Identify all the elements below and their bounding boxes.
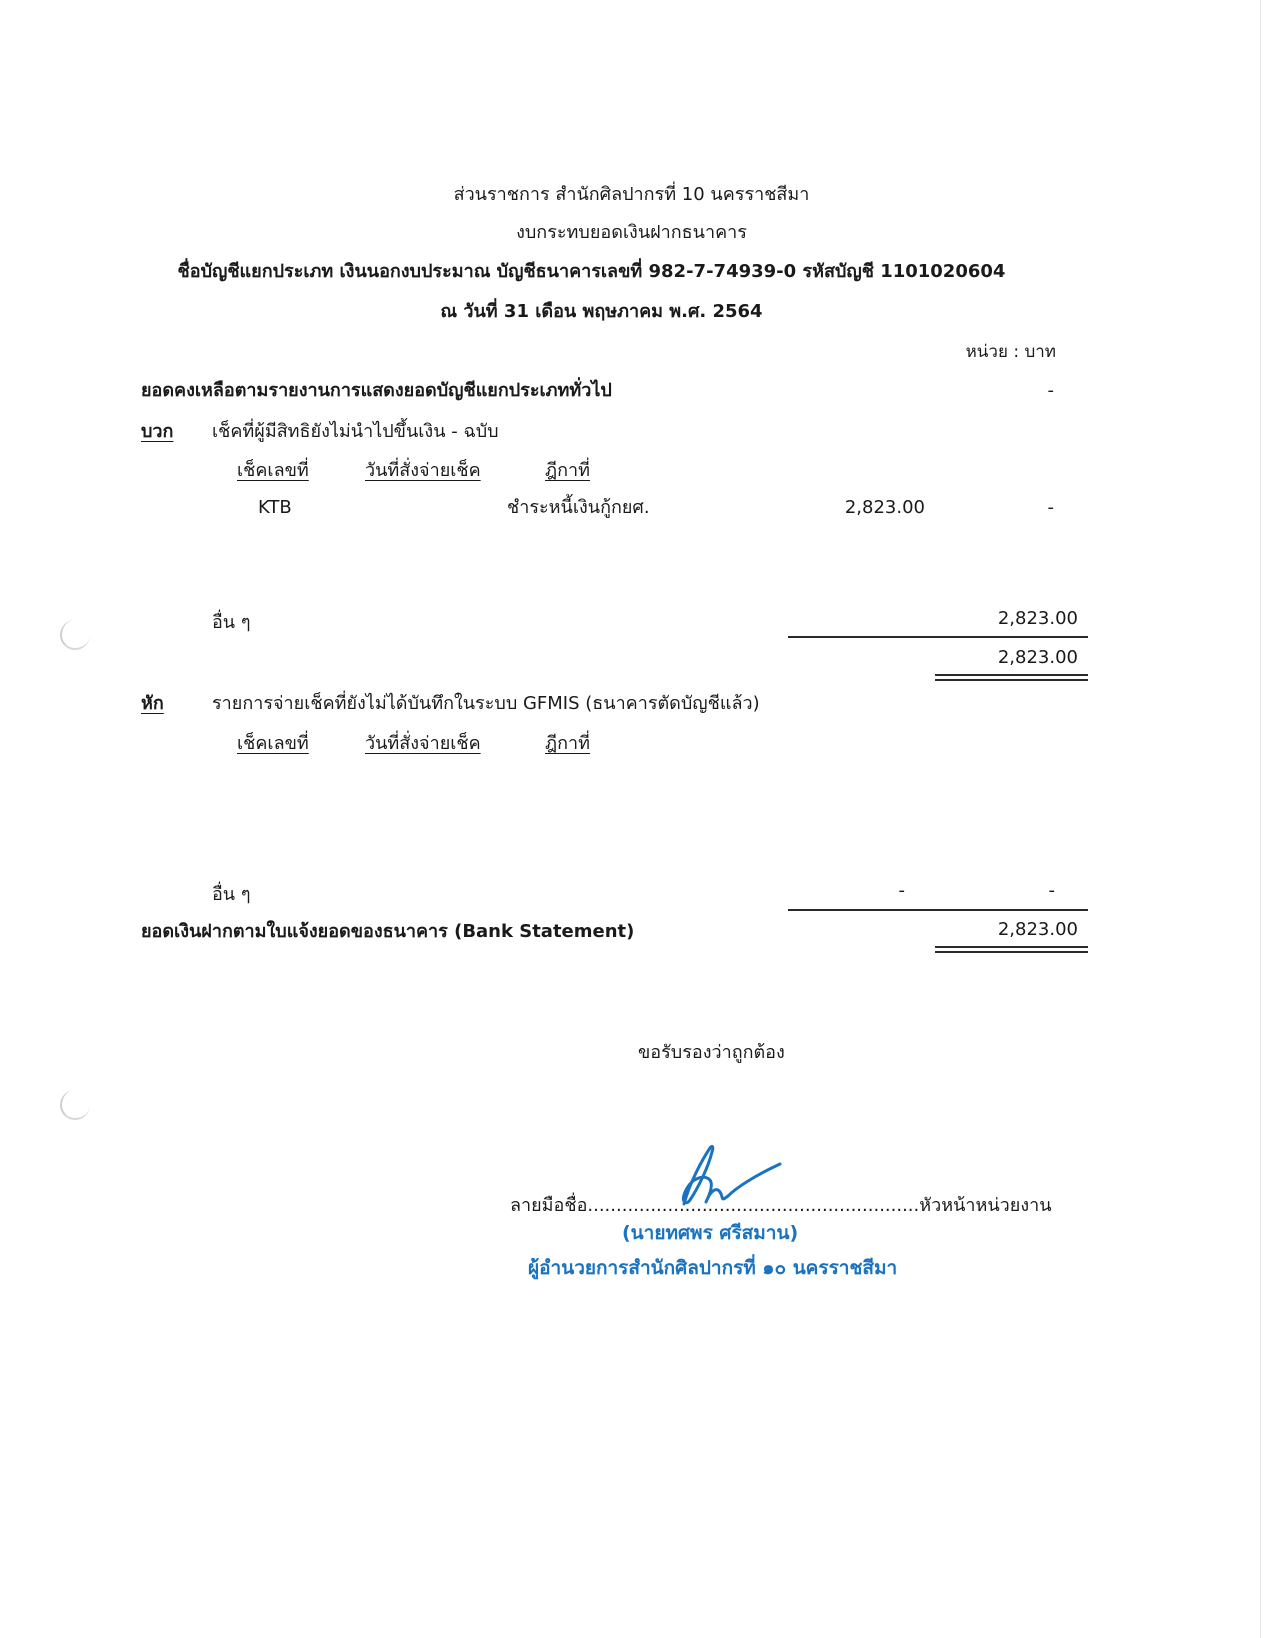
page-edge	[1260, 0, 1261, 1638]
add-others-value: 2,823.00	[930, 608, 1078, 630]
add-col-voucher: ฎีกาที่	[545, 460, 590, 482]
amount-cell: 2,823.00	[800, 497, 925, 519]
date-line: ณ วันที่ 31 เดือน พฤษภาคม พ.ศ. 2564	[0, 301, 1233, 323]
add-subtotal: 2,823.00	[930, 647, 1078, 669]
signer-name: (นายทศพร ศรีสมาน)	[622, 1222, 798, 1244]
deduct-description: รายการจ่ายเช็คที่ยังไม่ได้บันทึกในระบบ G…	[212, 693, 760, 715]
punch-hole-mark	[60, 620, 90, 650]
deduct-col-voucher: ฎีกาที่	[545, 733, 590, 755]
voucher-cell: ชำระหนี้เงินกู้กยศ.	[507, 497, 650, 519]
signature-line: ลายมือชื่อ..............................…	[510, 1195, 1052, 1217]
deduct-others-amount: -	[860, 880, 905, 902]
certification-text: ขอรับรองว่าถูกต้อง	[638, 1042, 785, 1064]
signature-role: หัวหน้าหน่วยงาน	[919, 1195, 1051, 1216]
ledger-balance-label: ยอดคงเหลือตามรายงานการแสดงยอดบัญชีแยกประ…	[141, 380, 612, 402]
bank-statement-double-rule	[935, 946, 1088, 953]
subtotal-rule	[788, 636, 1088, 638]
add-col-cheque-date: วันที่สั่งจ่ายเช็ค	[365, 460, 481, 482]
signer-title: ผู้อำนวยการสำนักศิลปากรที่ ๑๐ นครราชสีมา	[528, 1257, 897, 1279]
add-description: เช็คที่ผู้มีสิทธิยังไม่นำไปขึ้นเงิน - ฉบ…	[212, 421, 499, 443]
deduct-col-cheque-date: วันที่สั่งจ่ายเช็ค	[365, 733, 481, 755]
unit-label: หน่วย : บาท	[860, 341, 1056, 363]
document-title: งบกระทบยอดเงินฝากธนาคาร	[0, 222, 1263, 244]
signature-dots: ........................................…	[587, 1195, 919, 1216]
punch-hole-mark	[60, 1090, 90, 1120]
bank-statement-label: ยอดเงินฝากตามใบแจ้งยอดของธนาคาร (Bank St…	[141, 921, 634, 943]
agency-heading: ส่วนราชการ สำนักศิลปากรที่ 10 นครราชสีมา	[0, 184, 1263, 206]
add-col-cheque-no: เช็คเลขที่	[237, 460, 309, 482]
deduct-keyword: หัก	[141, 693, 164, 715]
account-line: ชื่อบัญชีแยกประเภท เงินนอกงบประมาณ บัญชี…	[0, 261, 1223, 283]
deduct-rule	[788, 909, 1088, 911]
deduct-others-label: อื่น ๆ	[212, 884, 251, 906]
subtotal-double-rule	[935, 674, 1088, 681]
ledger-balance-value: -	[990, 380, 1054, 402]
deduct-col-cheque-no: เช็คเลขที่	[237, 733, 309, 755]
cheque-no-cell: KTB	[258, 497, 292, 519]
bank-statement-value: 2,823.00	[930, 919, 1078, 941]
add-keyword: บวก	[141, 421, 173, 443]
deduct-others-total: -	[1010, 880, 1055, 902]
signature-prefix: ลายมือชื่อ	[510, 1195, 587, 1216]
row-total-cell: -	[990, 497, 1054, 519]
add-others-label: อื่น ๆ	[212, 612, 251, 634]
